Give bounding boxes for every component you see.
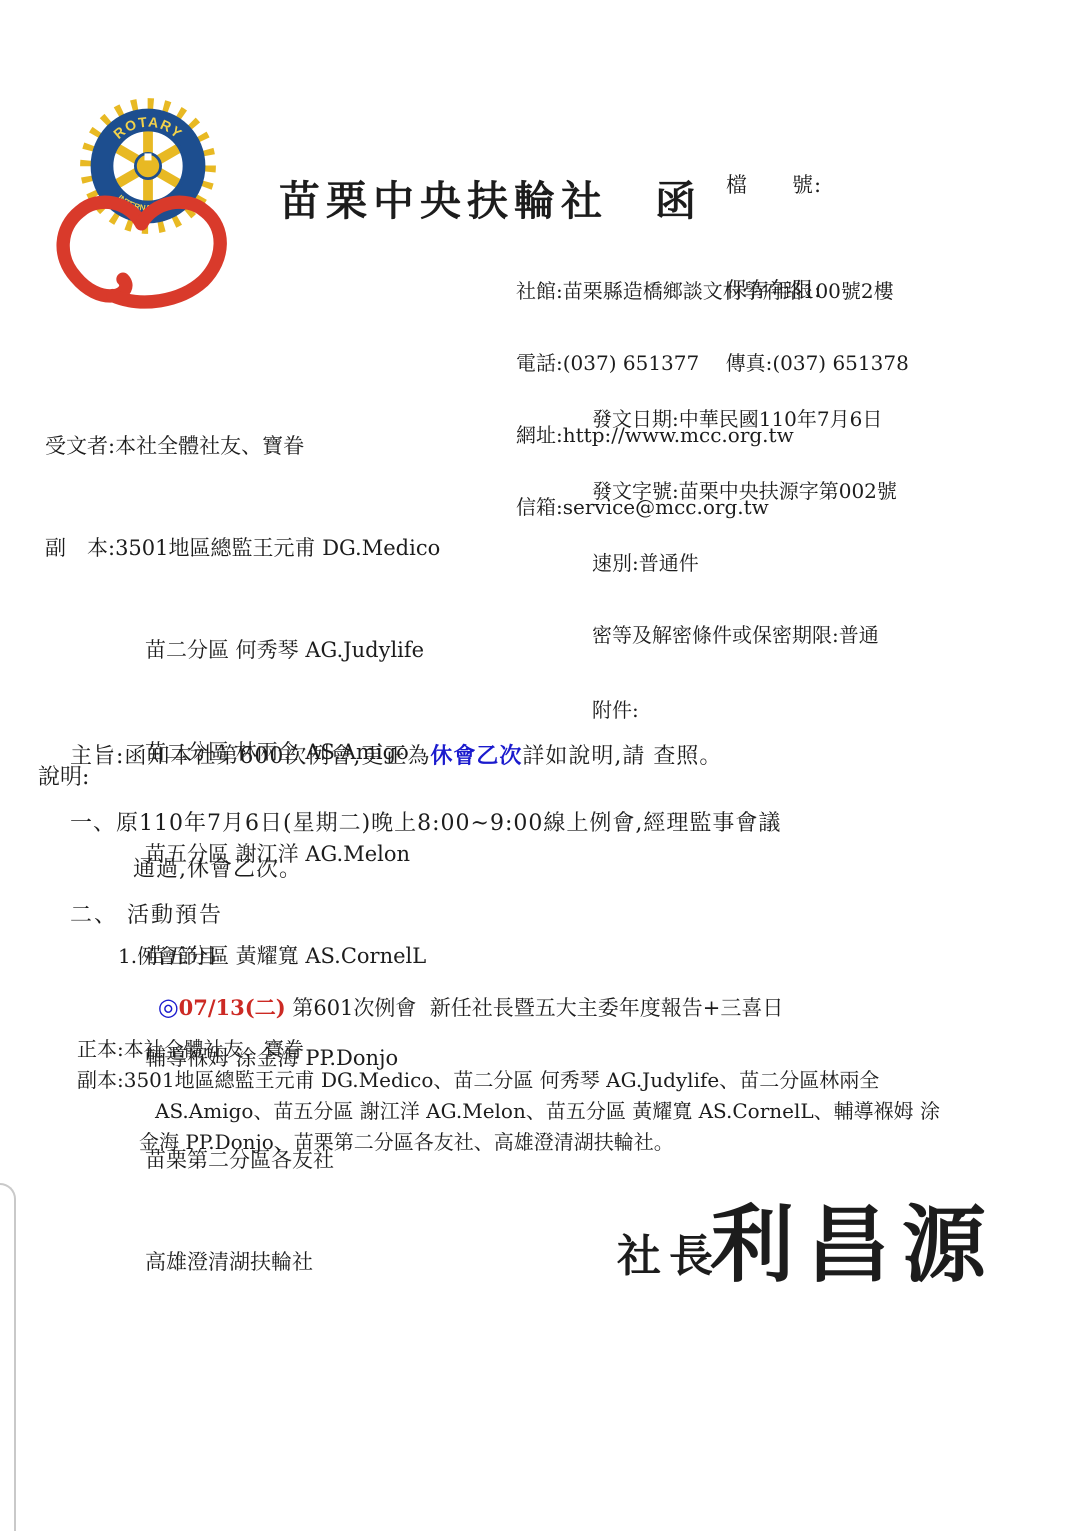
dispatch-info-block: 發文日期:中華民國110年7月6日 發文字號:苗栗中央扶源字第002號 速別:普… (592, 359, 897, 770)
recipient-cc-first: 副 本:3501地區總監王元甫 DG.Medico (45, 531, 440, 565)
footer-original: 正本:本社全體社友、寶眷 (77, 1033, 304, 1062)
subject-highlight: 休會乙次 (430, 743, 522, 769)
page-title: 苗栗中央扶輪社 函 (279, 168, 702, 227)
explanation-item1-line1: 一、原110年7月6日(星期二)晚上8:00~9:00線上例會,經理監事會議 (70, 806, 781, 837)
file-number-label: 檔 號: (726, 168, 822, 203)
dispatch-security: 密等及解密條件或保密期限:普通 (592, 623, 897, 647)
footer-cc-line3: 金海 PP.Donjo、苗栗第二分區各友社、高雄澄清湖扶輪社。 (139, 1126, 674, 1155)
explanation-label: 說明: (38, 760, 89, 791)
dispatch-speed: 速別:普通件 (592, 551, 897, 575)
footer-cc-line2: AS.Amigo、苗五分區 謝江洋 AG.Melon、苗五分區 黃耀寬 AS.C… (155, 1095, 940, 1124)
recipient-cc-item: 苗二分區 何秀琴 AG.Judylife (45, 633, 440, 667)
explanation-item1-line2: 通過,休會乙次。 (133, 852, 302, 883)
subject-line: 主旨:函知本社第600次例會,更正為休會乙次詳如說明,請 查照。 (38, 714, 722, 795)
recipient-to: 受文者:本社全體社友、寶眷 (45, 429, 440, 463)
footer-cc-line1: 副本:3501地區總監王元甫 DG.Medico、苗二分區 何秀琴 AG.Jud… (77, 1064, 879, 1093)
letter-document: 檔 號: 保存年限: ROTARY (0, 0, 1070, 1531)
heart-outline-icon (52, 193, 234, 311)
page-corner-divider (0, 1183, 16, 1531)
dispatch-date: 發文日期:中華民國110年7月6日 (592, 407, 897, 431)
subject-suffix: 詳如說明,請 查照。 (522, 744, 722, 769)
event-bullet-icon: ◎ (158, 992, 179, 1021)
signature-name: 利昌源 (710, 1178, 998, 1299)
recipient-cc-item: 高雄澄清湖扶輪社 (45, 1245, 440, 1279)
explanation-item2: 二、 活動預告 (70, 898, 223, 929)
signature-title: 社長 (617, 1220, 721, 1284)
subject-prefix: 主旨:函知本社第600次例會,更正為 (70, 744, 430, 769)
event-date: 07/13(二) (179, 995, 286, 1020)
dispatch-ref-no: 發文字號:苗栗中央扶源字第002號 (592, 479, 897, 503)
event-text: 第601次例會 新任社長暨五大主委年度報告+三喜日 (286, 996, 784, 1020)
explanation-sub-item: 1.例會節目 (118, 940, 217, 969)
club-address: 社館:苗栗縣造橋鄉談文村學府路100號2樓 (516, 279, 909, 303)
